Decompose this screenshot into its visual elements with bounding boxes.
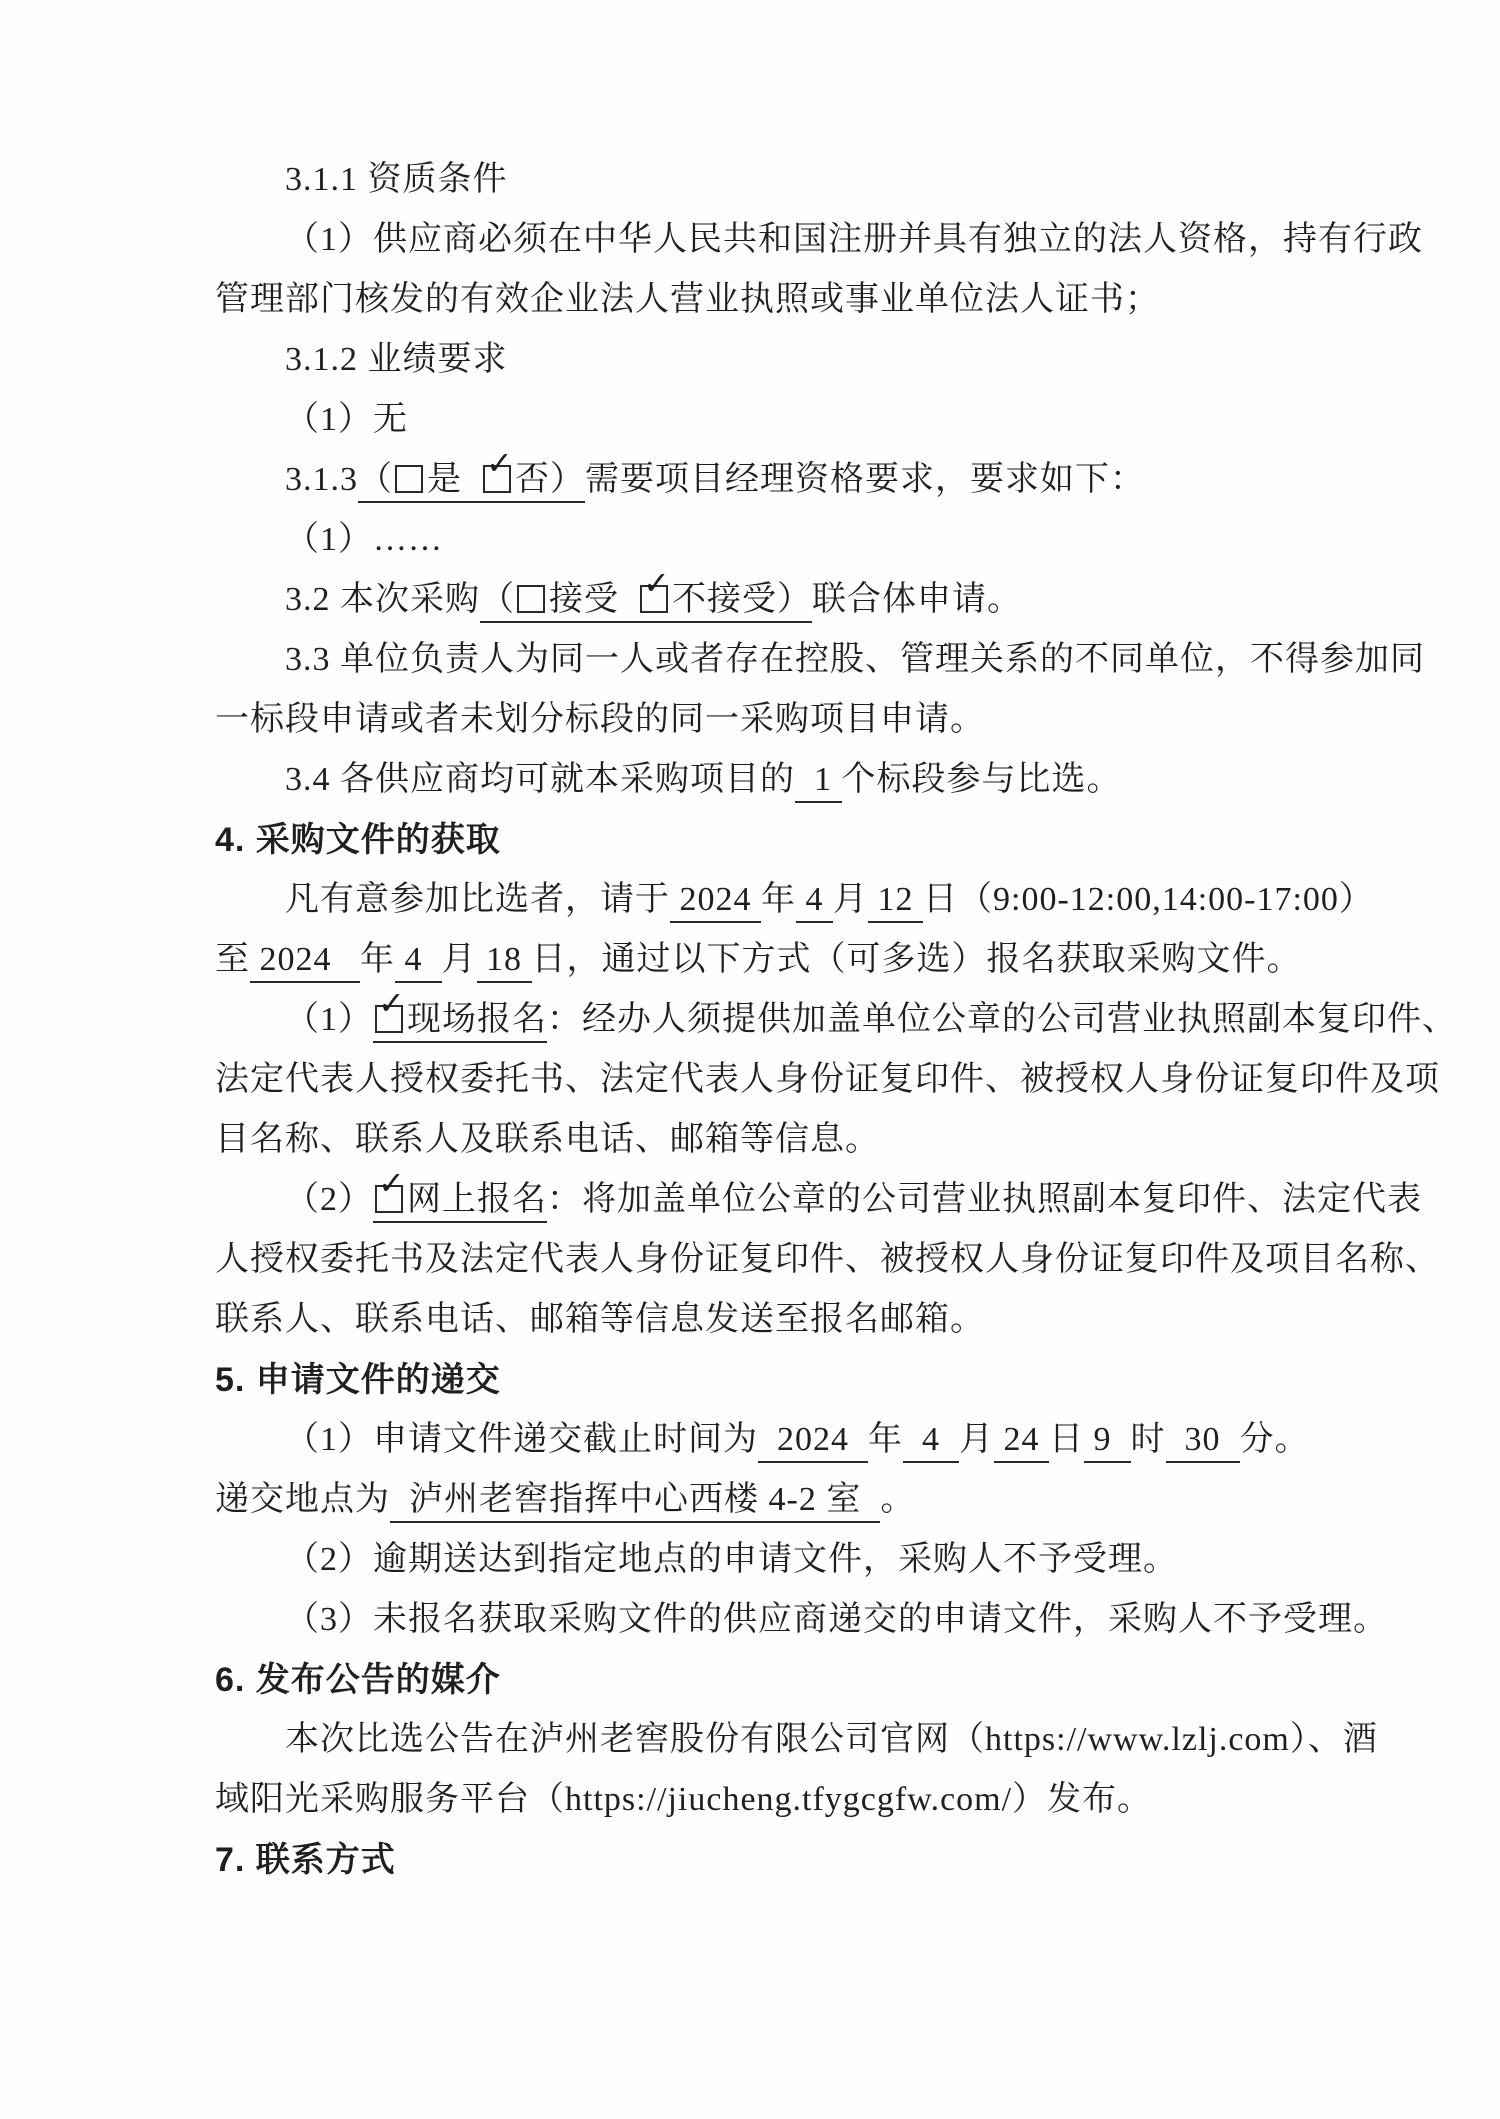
section-5-item-3: （3）未报名获取采购文件的供应商递交的申请文件，采购人不予受理。 (215, 1590, 1445, 1650)
clause-3-1-3-item-1: （1）…… (215, 510, 1445, 570)
text-run: 域阳光采购服务平台（https://jiucheng.tfygcgfw.com/… (215, 1781, 1152, 1818)
underlined-text: 1 (795, 761, 842, 803)
text-run: 法定代表人授权委托书、法定代表人身份证复印件、被授权人身份证复印件及项 (215, 1061, 1440, 1098)
section-6-para-1: 本次比选公告在泸州老窖股份有限公司官网（https://www.lzlj.com… (215, 1710, 1445, 1770)
section-4-item-2-cont-1: 人授权委托书及法定代表人身份证复印件、被授权人身份证复印件及项目名称、 (215, 1230, 1445, 1290)
text-run: 日，通过以下方式（可多选）报名获取采购文件。 (532, 941, 1302, 978)
checkbox-checked-icon (373, 1181, 407, 1223)
checkbox-checked-icon (481, 461, 515, 503)
text-run: 月 (833, 881, 868, 918)
underlined-text: 4 (796, 881, 833, 923)
text-run: （1） (285, 1001, 373, 1038)
underlined-text (462, 461, 481, 503)
underlined-text: 接受 (549, 581, 619, 623)
text-run: 月 (959, 1421, 994, 1458)
underlined-text: 不接受 (672, 581, 777, 623)
text-run: 5. 申请文件的递交 (215, 1361, 501, 1399)
checkbox-unchecked-icon (393, 461, 427, 503)
text-run: 至 (215, 941, 250, 978)
text-run: 本次比选公告在泸州老窖股份有限公司官网（https://www.lzlj.com… (285, 1721, 1378, 1758)
text-run: 年 (761, 881, 796, 918)
clause-3-1-3: 3.1.3（是 否）需要项目经理资格要求，要求如下： (215, 450, 1445, 510)
section-5-item-1: （1）申请文件递交截止时间为 2024 年 4 月 24 日 9 时 30 分。 (215, 1410, 1445, 1470)
section-4-para-1: 凡有意参加比选者，请于 2024 年 4 月 12 日（9:00-12:00,1… (215, 870, 1445, 930)
underlined-text: 30 (1166, 1421, 1240, 1463)
section-7-heading: 7. 联系方式 (215, 1830, 1445, 1890)
underlined-text: 18 (477, 941, 532, 983)
text-run: 日 (1049, 1421, 1084, 1458)
section-5-item-2: （2）逾期送达到指定地点的申请文件，采购人不予受理。 (215, 1530, 1445, 1590)
underlined-text: 4 (903, 1421, 959, 1463)
underlined-text: 网上报名 (407, 1181, 547, 1223)
section-5-item-1-cont: 递交地点为 泸州老窖指挥中心西楼 4-2 室 。 (215, 1470, 1445, 1530)
text-run: 人授权委托书及法定代表人身份证复印件、被授权人身份证复印件及项目名称、 (215, 1241, 1440, 1278)
text-run: 凡有意参加比选者，请于 (285, 881, 670, 918)
text-run: （3）未报名获取采购文件的供应商递交的申请文件，采购人不予受理。 (285, 1601, 1388, 1638)
text-run: 日（9:00-12:00,14:00-17:00） (923, 881, 1374, 918)
text-run: 4. 采购文件的获取 (215, 821, 501, 859)
clause-3-1-2-item-1: （1）无 (215, 390, 1445, 450)
checkbox-checked-icon (638, 581, 672, 623)
underlined-text: 2024 (250, 941, 360, 983)
text-run: （1）…… (285, 521, 443, 558)
checkbox-checked-icon (640, 585, 668, 613)
section-4-item-1: （1）现场报名：经办人须提供加盖单位公章的公司营业执照副本复印件、 (215, 990, 1445, 1050)
underlined-text: 9 (1084, 1421, 1131, 1463)
section-4-item-2-cont-2: 联系人、联系电话、邮箱等信息发送至报名邮箱。 (215, 1290, 1445, 1350)
underlined-text: 现场报名 (407, 1001, 547, 1043)
section-4-heading: 4. 采购文件的获取 (215, 810, 1445, 870)
checkbox-unchecked-icon (395, 465, 423, 493)
text-run: 联合体申请。 (812, 581, 1022, 618)
text-run: 3.1.2 业绩要求 (285, 341, 508, 378)
text-run: ：经办人须提供加盖单位公章的公司营业执照副本复印件、 (547, 1001, 1457, 1038)
section-6-heading: 6. 发布公告的媒介 (215, 1650, 1445, 1710)
section-4-item-2: （2）网上报名：将加盖单位公章的公司营业执照副本复印件、法定代表 (215, 1170, 1445, 1230)
clause-3-1-1: 3.1.1 资质条件 (215, 150, 1445, 210)
clause-3-2: 3.2 本次采购（接受 不接受）联合体申请。 (215, 570, 1445, 630)
clause-3-3: 3.3 单位负责人为同一人或者存在控股、管理关系的不同单位，不得参加同 (215, 630, 1445, 690)
underlined-text (619, 581, 638, 623)
clause-3-1-1-item-1-cont: 管理部门核发的有效企业法人营业执照或事业单位法人证书； (215, 270, 1445, 330)
document-body: 3.1.1 资质条件（1）供应商必须在中华人民共和国注册并具有独立的法人资格，持… (215, 150, 1445, 1890)
checkbox-unchecked-icon (515, 581, 549, 623)
text-run: ：将加盖单位公章的公司营业执照副本复印件、法定代表 (547, 1181, 1422, 1218)
text-run: 联系人、联系电话、邮箱等信息发送至报名邮箱。 (215, 1301, 985, 1338)
section-6-para-1-cont: 域阳光采购服务平台（https://jiucheng.tfygcgfw.com/… (215, 1770, 1445, 1830)
text-run: 分。 (1240, 1421, 1310, 1458)
clause-3-1-2: 3.1.2 业绩要求 (215, 330, 1445, 390)
checkbox-checked-icon (375, 1005, 403, 1033)
underlined-text: 否 (515, 461, 550, 503)
text-run: 月 (442, 941, 477, 978)
text-run: 时 (1131, 1421, 1166, 1458)
underlined-text: （ (480, 581, 515, 623)
text-run: 3.1.1 资质条件 (285, 161, 508, 198)
text-run: 管理部门核发的有效企业法人营业执照或事业单位法人证书； (215, 281, 1160, 318)
text-run: 3.3 单位负责人为同一人或者存在控股、管理关系的不同单位，不得参加同 (285, 641, 1425, 678)
section-5-heading: 5. 申请文件的递交 (215, 1350, 1445, 1410)
clause-3-3-cont: 一标段申请或者未划分标段的同一采购项目申请。 (215, 690, 1445, 750)
underlined-text: 是 (427, 461, 462, 503)
underlined-text: ） (777, 581, 812, 623)
section-4-item-1-cont-1: 法定代表人授权委托书、法定代表人身份证复印件、被授权人身份证复印件及项 (215, 1050, 1445, 1110)
document-page: 3.1.1 资质条件（1）供应商必须在中华人民共和国注册并具有独立的法人资格，持… (0, 0, 1500, 2119)
checkbox-unchecked-icon (517, 585, 545, 613)
underlined-text: 12 (868, 881, 923, 923)
text-run: （2）逾期送达到指定地点的申请文件，采购人不予受理。 (285, 1541, 1178, 1578)
text-run: 一标段申请或者未划分标段的同一采购项目申请。 (215, 701, 985, 738)
checkbox-checked-icon (375, 1185, 403, 1213)
text-run: 需要项目经理资格要求，要求如下： (585, 461, 1145, 498)
text-run: 3.1.3 (285, 461, 358, 498)
underlined-text: 24 (994, 1421, 1049, 1463)
clause-3-1-1-item-1: （1）供应商必须在中华人民共和国注册并具有独立的法人资格，持有行政 (215, 210, 1445, 270)
clause-3-4: 3.4 各供应商均可就本采购项目的 1 个标段参与比选。 (215, 750, 1445, 810)
checkbox-checked-icon (373, 1001, 407, 1043)
text-run: 3.2 本次采购 (285, 581, 480, 618)
underlined-text: 2024 (670, 881, 761, 923)
text-run: 6. 发布公告的媒介 (215, 1661, 501, 1699)
text-run: （2） (285, 1181, 373, 1218)
text-run: 年 (868, 1421, 903, 1458)
text-run: （1）供应商必须在中华人民共和国注册并具有独立的法人资格，持有行政 (285, 221, 1423, 258)
text-run: 递交地点为 (215, 1481, 390, 1518)
text-run: 。 (880, 1481, 915, 1518)
underlined-text: （ (358, 461, 393, 503)
text-run: 3.4 各供应商均可就本采购项目的 (285, 761, 795, 798)
checkbox-checked-icon (483, 465, 511, 493)
underlined-text: 2024 (758, 1421, 868, 1463)
text-run: （1）无 (285, 401, 408, 438)
underlined-text: 泸州老窖指挥中心西楼 4-2 室 (390, 1481, 880, 1523)
text-run: （1）申请文件递交截止时间为 (285, 1421, 758, 1458)
text-run: 个标段参与比选。 (842, 761, 1122, 798)
text-run: 目名称、联系人及联系电话、邮箱等信息。 (215, 1121, 880, 1158)
underlined-text: ） (550, 461, 585, 503)
text-run: 7. 联系方式 (215, 1841, 396, 1879)
